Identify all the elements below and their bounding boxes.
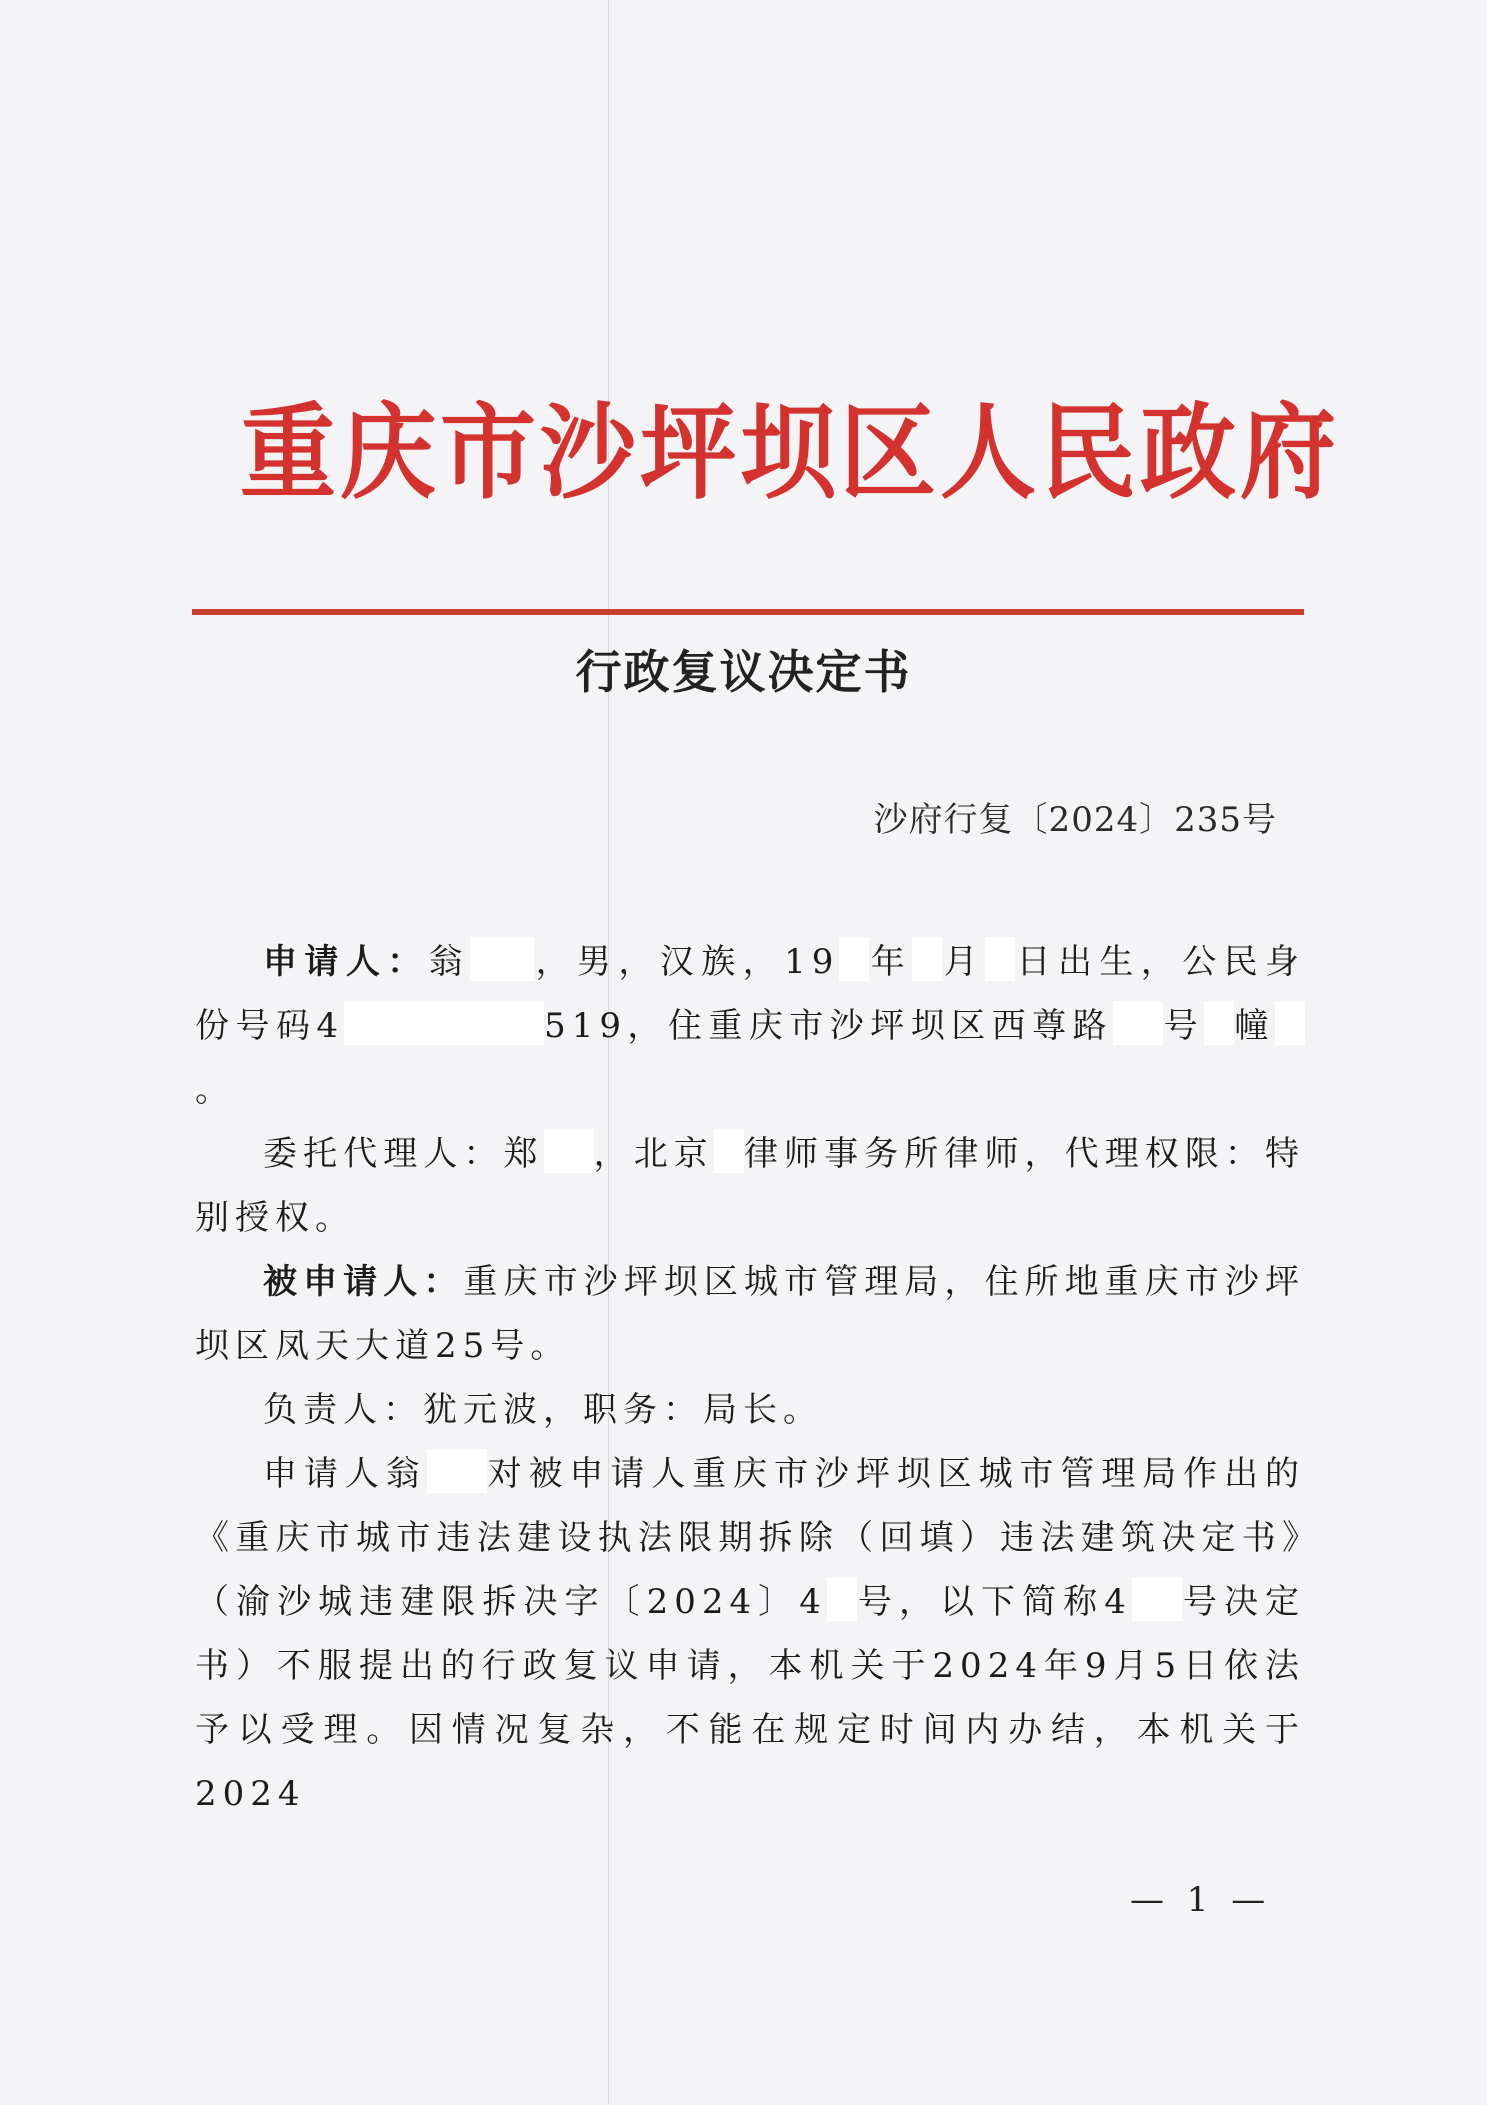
redaction-block [827, 1577, 857, 1621]
main-text: 号，以下简称4 [857, 1582, 1132, 1622]
main-paragraph: 申请人翁对被申请人重庆市沙坪坝区城市管理局作出的《重庆市城市违法建设执法限期拆除… [195, 1442, 1305, 1826]
applicant-surname: 翁 [429, 942, 470, 982]
respondent-label: 被申请人： [263, 1262, 463, 1302]
applicant-paragraph: 申请人：翁，男，汉族，19年月日出生，公民身份号码4519，住重庆市沙坪坝区西尊… [195, 930, 1305, 1122]
responsible-person-paragraph: 负责人：犹元波，职务：局长。 [195, 1378, 1305, 1442]
page-number: — 1 — [1130, 1880, 1271, 1920]
redaction-block [985, 937, 1015, 981]
redaction-block [1113, 1001, 1163, 1045]
redaction-block [544, 1129, 594, 1173]
applicant-text: 519，住重庆市沙坪坝区西尊路 [544, 1006, 1113, 1046]
applicant-label: 申请人： [263, 942, 429, 982]
responsible-person-text: 负责人：犹元波，职务：局长。 [263, 1390, 823, 1430]
applicant-text: ，男，汉族，19 [534, 942, 839, 982]
agent-text: 委托代理人：郑 [263, 1134, 544, 1174]
applicant-text: 。 [195, 1070, 235, 1110]
applicant-text: 月 [942, 942, 985, 982]
document-number: 沙府行复〔2024〕235号 [874, 792, 1277, 841]
redaction-block [839, 937, 869, 981]
redaction-block [344, 1001, 544, 1045]
respondent-paragraph: 被申请人：重庆市沙坪坝区城市管理局，住所地重庆市沙坪坝区凤天大道25号。 [195, 1250, 1305, 1378]
redaction-block [1132, 1577, 1182, 1621]
agent-paragraph: 委托代理人：郑，北京律师事务所律师，代理权限：特别授权。 [195, 1122, 1305, 1250]
redaction-block [1275, 1001, 1305, 1045]
redaction-block [470, 937, 534, 981]
redaction-block [1204, 1001, 1234, 1045]
applicant-text: 年 [869, 942, 912, 982]
agent-text: ，北京 [594, 1134, 714, 1174]
main-text: 申请人翁 [263, 1454, 427, 1494]
redaction-block [912, 937, 942, 981]
red-divider-rule [192, 609, 1304, 615]
document-title: 行政复议决定书 [0, 636, 1487, 702]
organization-header: 重庆市沙坪坝区人民政府 [240, 394, 1280, 513]
applicant-text: 幢 [1234, 1006, 1275, 1046]
redaction-block [427, 1449, 487, 1493]
document-body: 申请人：翁，男，汉族，19年月日出生，公民身份号码4519，住重庆市沙坪坝区西尊… [195, 930, 1305, 1826]
applicant-text: 号 [1163, 1006, 1204, 1046]
redaction-block [714, 1129, 744, 1173]
